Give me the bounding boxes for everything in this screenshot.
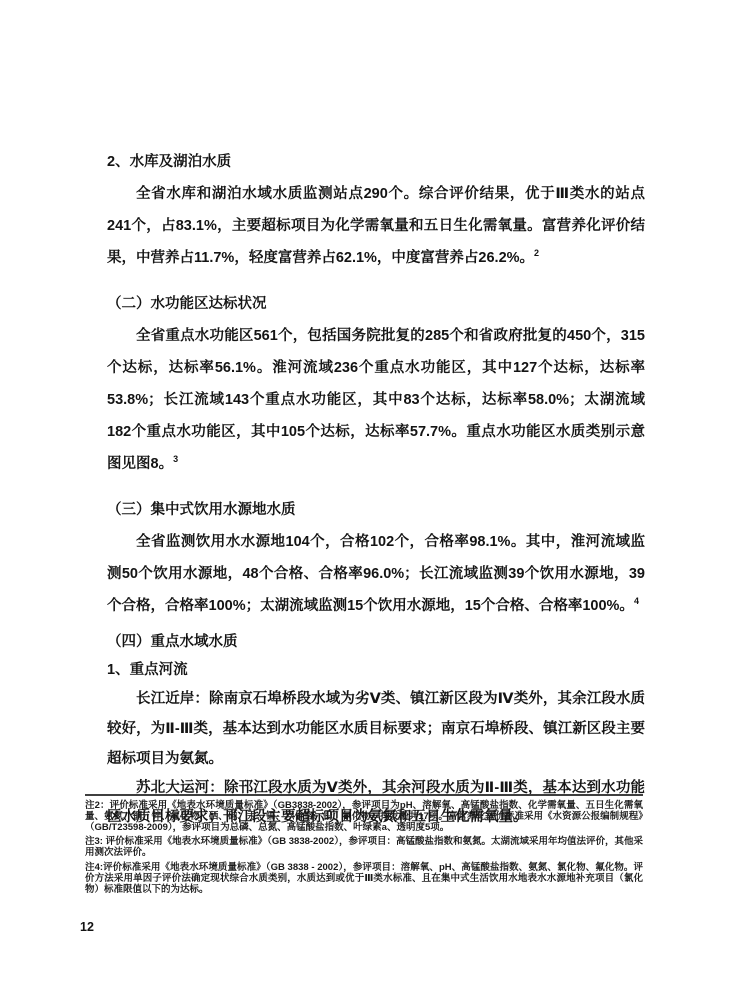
- section-heading-key-waters: （四）重点水域水质: [107, 628, 645, 656]
- page-number: 12: [80, 920, 94, 934]
- paragraph-drinking-water-text: 全省监测饮用水水源地104个，合格102个，合格率98.1%。其中，淮河流域监测…: [107, 534, 645, 614]
- section-heading-function-zones: （二）水功能区达标状况: [107, 288, 645, 320]
- footnote-ref-2: 2: [534, 248, 539, 258]
- subsection-heading-key-rivers: 1、重点河流: [107, 656, 645, 684]
- paragraph-function-zones-text: 全省重点水功能区561个，包括国务院批复的285个和省政府批复的450个，315…: [107, 328, 645, 472]
- section-heading-reservoirs: 2、水库及湖泊水质: [107, 146, 645, 178]
- footnote-note2: 注2：评价标准采用《地表水环境质量标准》（GB3838-2002），参评项目为p…: [85, 801, 643, 833]
- paragraph-function-zones: 全省重点水功能区561个，包括国务院批复的285个和省政府批复的450个，315…: [107, 320, 645, 480]
- footnote-ref-4: 4: [634, 596, 639, 606]
- footnote-note4: 注4:评价标准采用《地表水环境质量标准》（GB 3838 - 2002），参评项…: [85, 863, 643, 895]
- paragraph-reservoir-quality: 全省水库和湖泊水域水质监测站点290个。综合评价结果，优于Ⅲ类水的站点241个，…: [107, 178, 645, 274]
- footnote-ref-3: 3: [173, 454, 178, 464]
- paragraph-drinking-water: 全省监测饮用水水源地104个，合格102个，合格率98.1%。其中，淮河流域监测…: [107, 526, 645, 622]
- document-page: 2、水库及湖泊水质 全省水库和湖泊水域水质监测站点290个。综合评价结果，优于Ⅲ…: [0, 0, 740, 1000]
- paragraph-reservoir-quality-text: 全省水库和湖泊水域水质监测站点290个。综合评价结果，优于Ⅲ类水的站点241个，…: [107, 186, 645, 266]
- paragraph-yangtze-coast: 长江近岸：除南京石埠桥段水域为劣Ⅴ类、镇江新区段为Ⅳ类外，其余江段水质较好，为Ⅱ…: [107, 684, 645, 774]
- document-body: 2、水库及湖泊水质 全省水库和湖泊水域水质监测站点290个。综合评价结果，优于Ⅲ…: [107, 146, 645, 832]
- footnote-block: 注2：评价标准采用《地表水环境质量标准》（GB3838-2002），参评项目为p…: [85, 794, 643, 899]
- footnote-note3: 注3: 评价标准采用《地表水环境质量标准》（GB 3838-2002），参评项目…: [85, 837, 643, 859]
- section-heading-drinking-water: （三）集中式饮用水源地水质: [107, 494, 645, 526]
